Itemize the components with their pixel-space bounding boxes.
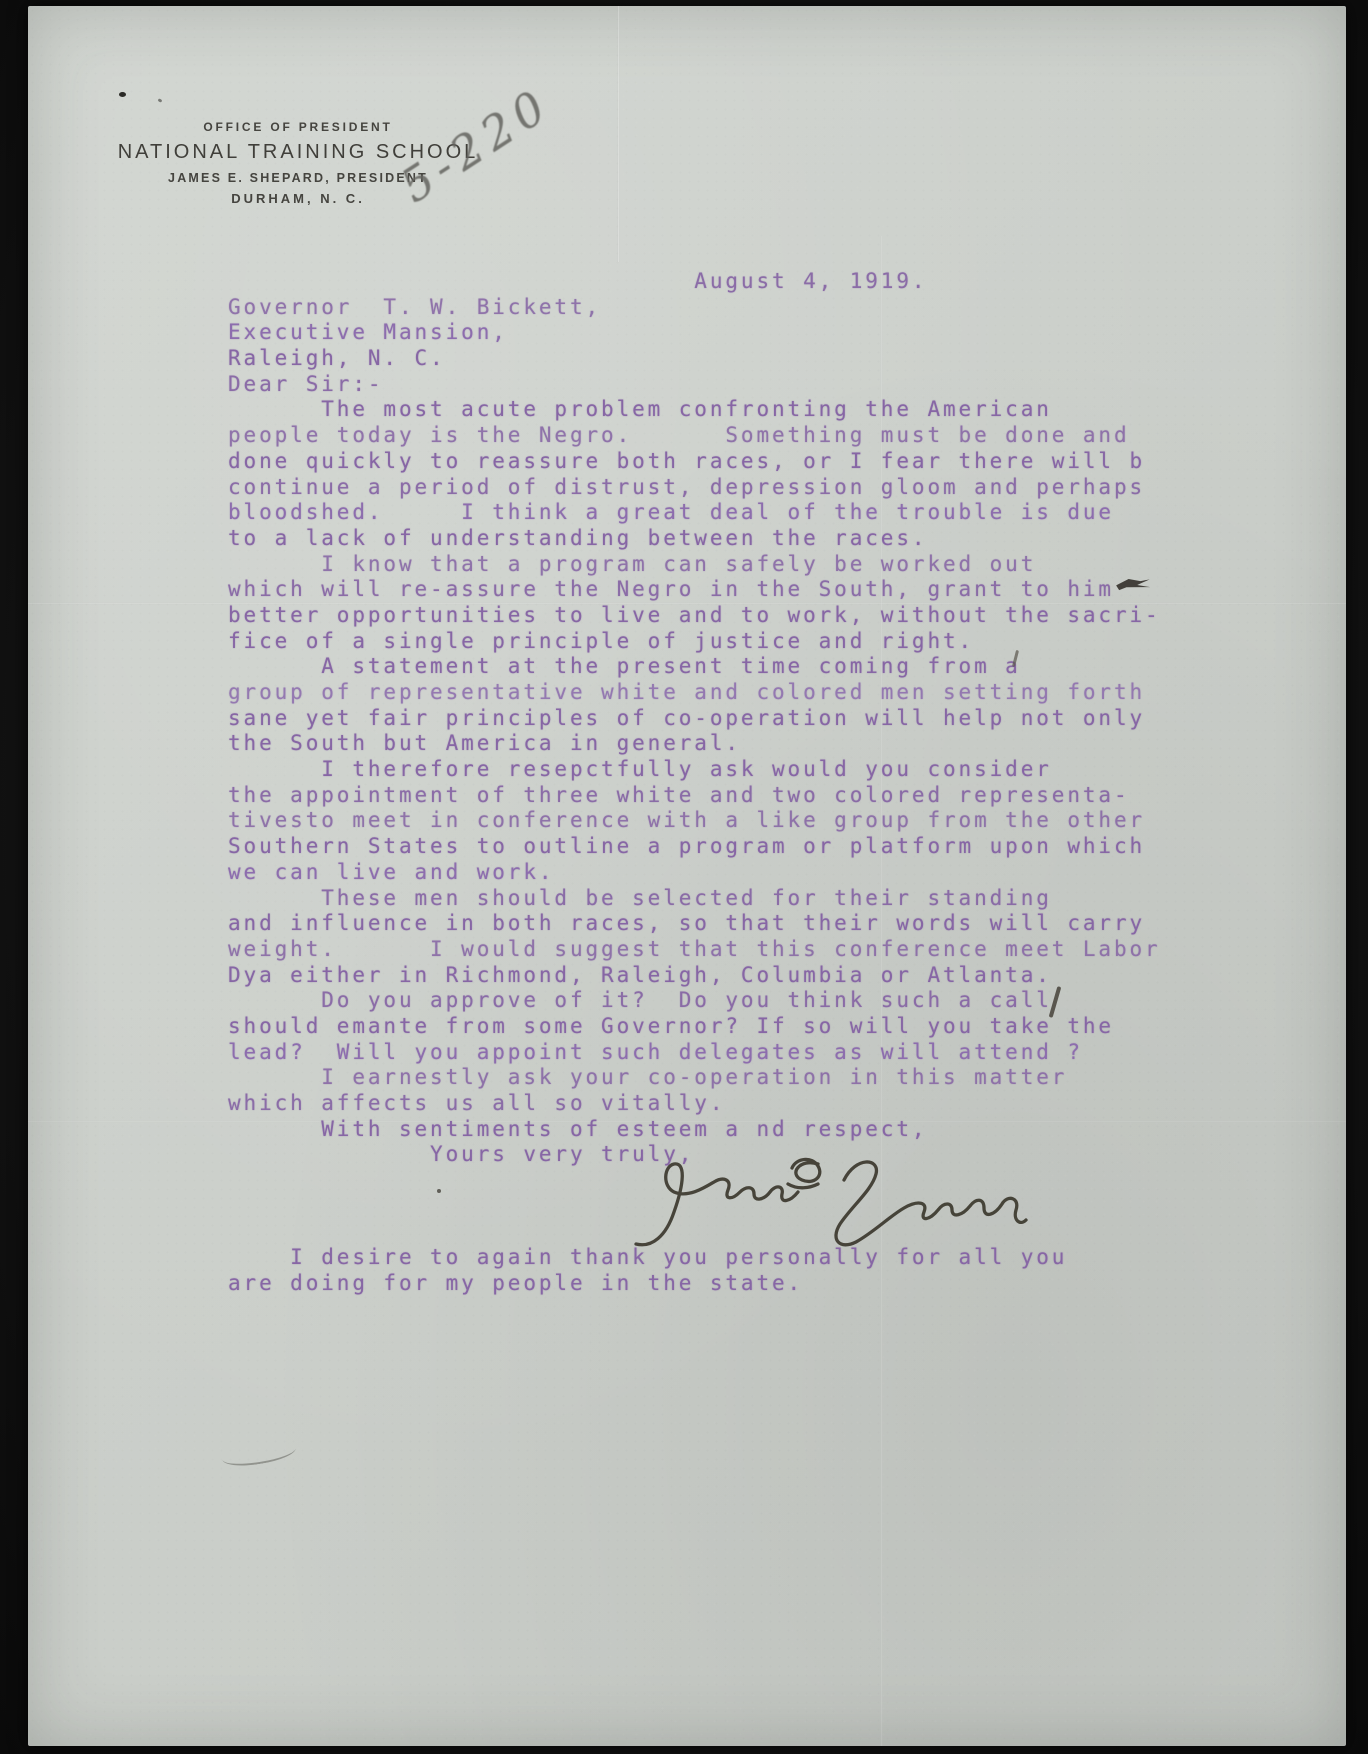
typed-line: bloodshed. I think a great deal of the t… — [228, 500, 1161, 526]
typed-line: Raleigh, N. C. — [228, 346, 1161, 372]
typed-line: Do you approve of it? Do you think such … — [228, 988, 1161, 1014]
signature-svg — [628, 1148, 1030, 1266]
typed-line: done quickly to reassure both races, or … — [228, 449, 1161, 475]
typed-line: fice of a single principle of justice an… — [228, 629, 1161, 655]
typed-line: With sentiments of esteem a nd respect, — [228, 1117, 1161, 1143]
typed-line: I therefore resepctfully ask would you c… — [228, 757, 1161, 783]
typed-line: and influence in both races, so that the… — [228, 911, 1161, 937]
typed-line: which will re-assure the Negro in the So… — [228, 577, 1161, 603]
typed-line: weight. I would suggest that this confer… — [228, 937, 1161, 963]
typed-line: to a lack of understanding between the r… — [228, 526, 1161, 552]
typed-line: The most acute problem confronting the A… — [228, 397, 1161, 423]
typed-line: should emante from some Governor? If so … — [228, 1014, 1161, 1040]
fold-crease-top — [617, 6, 620, 262]
typed-line: are doing for my people in the state. — [228, 1271, 1161, 1297]
typed-line: we can live and work. — [228, 860, 1161, 886]
typed-line: These men should be selected for their s… — [228, 886, 1161, 912]
typed-line: I know that a program can safely be work… — [228, 552, 1161, 578]
typed-line: better opportunities to live and to work… — [228, 603, 1161, 629]
signature: James E Shepard — [628, 1148, 1030, 1266]
typed-line: tivesto meet in conference with a like g… — [228, 808, 1161, 834]
typed-line: the South but America in general. — [228, 731, 1161, 757]
typed-line: Dya either in Richmond, Raleigh, Columbi… — [228, 963, 1161, 989]
typed-line: lead? Will you appoint such delegates as… — [228, 1040, 1161, 1066]
typed-line: people today is the Negro. Something mus… — [228, 423, 1161, 449]
typed-letter-body: August 4, 1919.Governor T. W. Bickett,Ex… — [228, 269, 1161, 1297]
letterhead-office-line: OFFICE OF PRESIDENT — [118, 120, 479, 134]
typed-line: A statement at the present time coming f… — [228, 654, 1161, 680]
paper-dot — [437, 1189, 441, 1193]
typed-line: August 4, 1919. — [228, 269, 1161, 295]
typed-line: Executive Mansion, — [228, 320, 1161, 346]
typed-line: continue a period of distrust, depressio… — [228, 475, 1161, 501]
typed-line: Southern States to outline a program or … — [228, 834, 1161, 860]
typed-line: Dear Sir:- — [228, 372, 1161, 398]
typed-line: Governor T. W. Bickett, — [228, 295, 1161, 321]
paper-speck — [119, 92, 126, 97]
typed-line: sane yet fair principles of co-operation… — [228, 706, 1161, 732]
typed-line: which affects us all so vitally. — [228, 1091, 1161, 1117]
typed-line: I earnestly ask your co-operation in thi… — [228, 1065, 1161, 1091]
photo-background: OFFICE OF PRESIDENT NATIONAL TRAINING SC… — [0, 0, 1368, 1754]
typed-line: the appointment of three white and two c… — [228, 783, 1161, 809]
typed-line: group of representative white and colore… — [228, 680, 1161, 706]
